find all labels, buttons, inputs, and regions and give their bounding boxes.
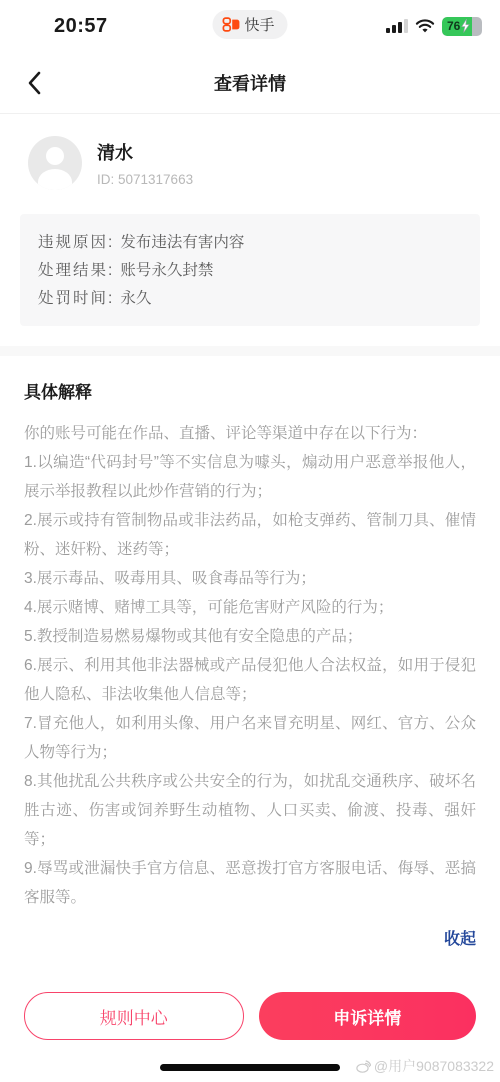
explanation-item: 6.展示、利用其他非法器械或产品侵犯他人合法权益，如用于侵犯他人隐私、非法收集他… [24, 651, 476, 709]
signal-icon [386, 19, 408, 33]
section-divider [0, 346, 500, 356]
watermark: @用户9087083322 [356, 1056, 494, 1076]
violation-info-box: 违规原因: 发布违法有害内容 处理结果: 账号永久封禁 处罚时间: 永久 [20, 214, 480, 326]
action-bar: 规则中心 申诉详情 [24, 992, 476, 1040]
explanation-item: 5.教授制造易燃易爆物或其他有安全隐患的产品； [24, 622, 476, 651]
explanation-item: 3.展示毒品、吸毒用具、吸食毒品等行为； [24, 564, 476, 593]
battery-percent: 76 [447, 17, 460, 36]
ban-detail-page: { "status_bar": { "time": "20:57", "app_… [0, 0, 500, 1082]
handling-result-label: 处理结果: [38, 257, 114, 285]
kuaishou-app-badge[interactable]: 快手 [212, 10, 287, 39]
status-icons: 76 [386, 17, 482, 36]
user-id: ID: 5071317663 [97, 172, 193, 187]
wifi-icon [415, 19, 435, 34]
violation-reason-label: 违规原因: [38, 229, 114, 257]
profile-section: 清水 ID: 5071317663 [0, 114, 500, 206]
explanation-item: 8.其他扰乱公共秩序或公共安全的行为，如扰乱交通秩序、破坏名胜古迹、伤害或饲养野… [24, 767, 476, 854]
rules-center-button[interactable]: 规则中心 [24, 992, 244, 1040]
back-button[interactable] [16, 65, 52, 101]
page-title: 查看详情 [214, 70, 286, 96]
explanation-item: 7.冒充他人，如利用头像、用户名来冒充明星、网红、官方、公众人物等行为； [24, 709, 476, 767]
explanation-item: 2.展示或持有管制物品或非法药品，如枪支弹药、管制刀具、催情粉、迷奸粉、迷药等； [24, 506, 476, 564]
punishment-time-row: 处罚时间: 永久 [38, 285, 462, 313]
home-indicator[interactable] [160, 1064, 340, 1071]
collapse-row: 收起 [0, 912, 500, 949]
default-person-avatar[interactable] [28, 136, 82, 190]
violation-reason-row: 违规原因: 发布违法有害内容 [38, 229, 462, 257]
weibo-watermark-icon [356, 1060, 371, 1073]
collapse-link[interactable]: 收起 [444, 926, 476, 949]
kuaishou-logo-icon [222, 17, 240, 32]
violation-reason-value: 发布违法有害内容 [120, 229, 244, 257]
watermark-text: @用户9087083322 [374, 1056, 494, 1076]
handling-result-value: 账号永久封禁 [120, 257, 213, 285]
app-badge-label: 快手 [244, 14, 274, 35]
explanation-heading: 具体解释 [24, 378, 476, 403]
handling-result-row: 处理结果: 账号永久封禁 [38, 257, 462, 285]
explanation-section: 具体解释 你的账号可能在作品、直播、评论等渠道中存在以下行为： 1.以编造“代码… [0, 356, 500, 912]
explanation-item: 1.以编造“代码封号”等不实信息为噱头，煽动用户恶意举报他人，展示举报教程以此炒… [24, 448, 476, 506]
explanation-item: 4.展示赌博、赌博工具等，可能危害财产风险的行为； [24, 593, 476, 622]
chevron-left-icon [27, 71, 41, 95]
battery-charging-icon: 76 [442, 17, 482, 36]
status-bar: 20:57 快手 76 [0, 0, 500, 52]
punishment-time-label: 处罚时间: [38, 285, 114, 313]
explanation-item: 9.辱骂或泄漏快手官方信息、恶意拨打官方客服电话、侮辱、恶搞客服等。 [24, 854, 476, 912]
lightning-bolt-icon [461, 19, 470, 33]
header: 查看详情 [0, 52, 500, 114]
status-time: 20:57 [54, 15, 108, 38]
profile-meta: 清水 ID: 5071317663 [97, 139, 193, 187]
user-name: 清水 [97, 139, 193, 165]
appeal-detail-button[interactable]: 申诉详情 [259, 992, 477, 1040]
punishment-time-value: 永久 [120, 285, 151, 313]
explanation-intro: 你的账号可能在作品、直播、评论等渠道中存在以下行为： [24, 419, 476, 448]
